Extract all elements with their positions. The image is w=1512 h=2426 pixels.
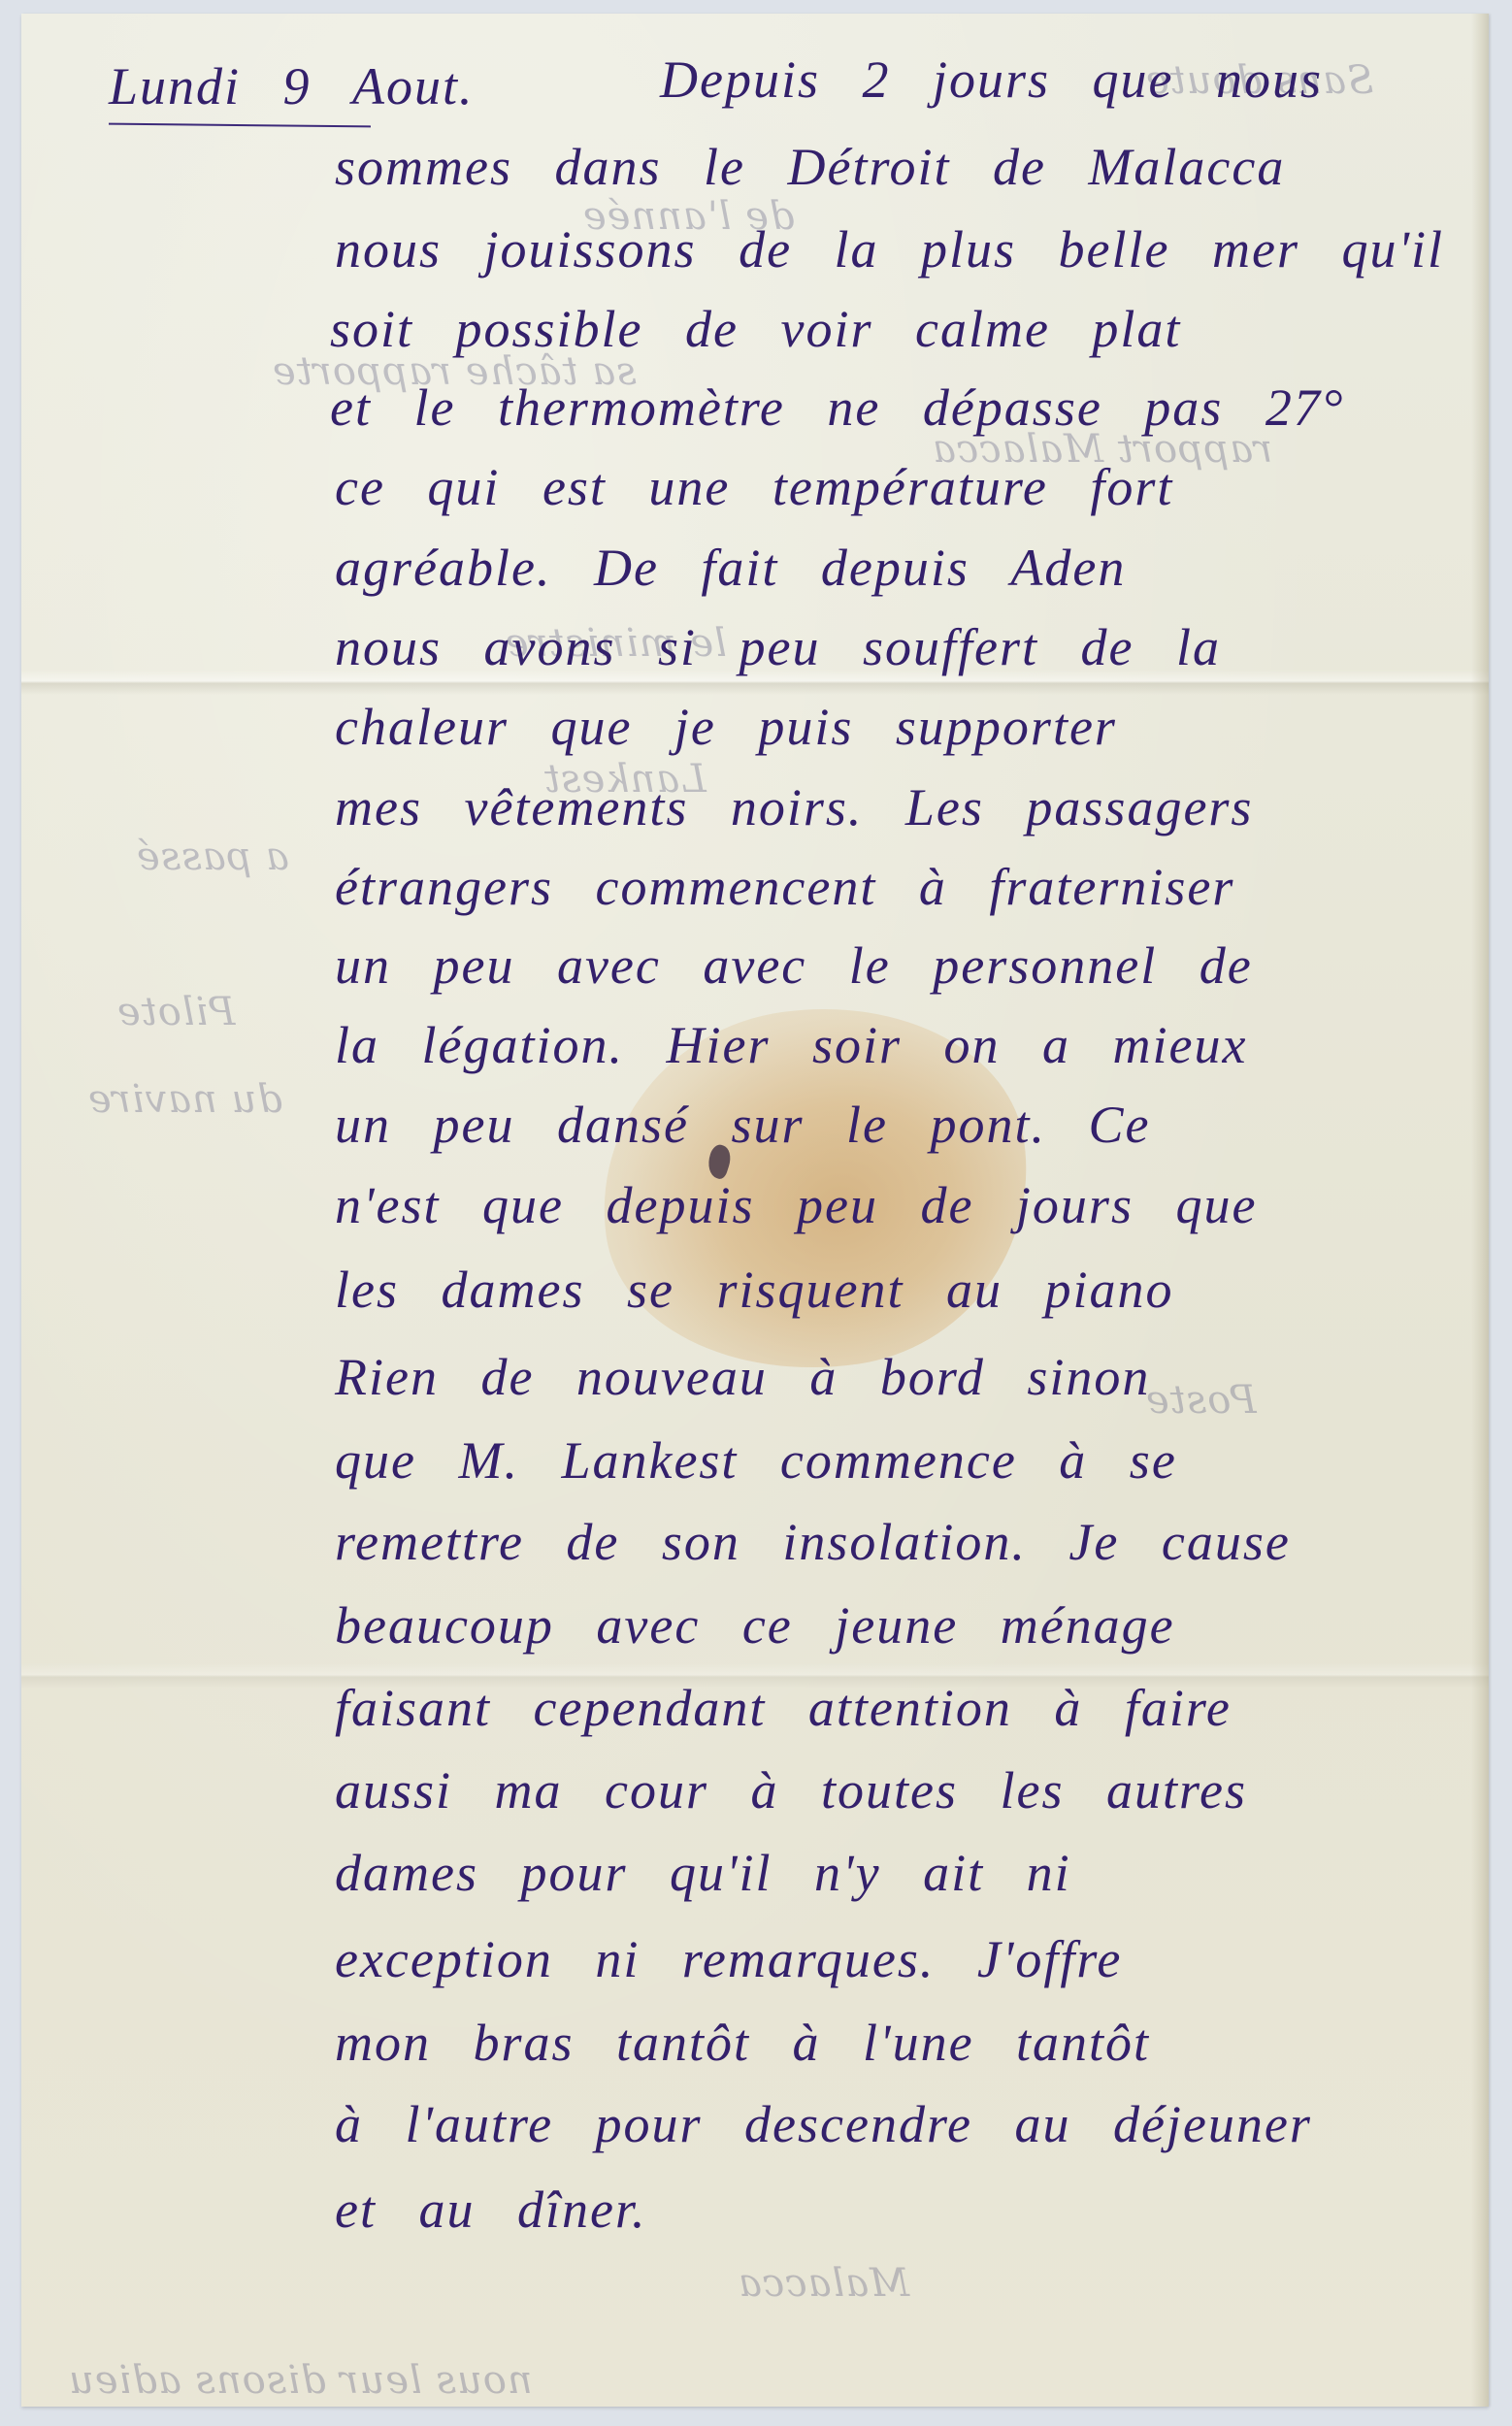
letter-line: mes vêtements noirs. Les passagers bbox=[335, 781, 1253, 834]
letter-line: Depuis 2 jours que nous bbox=[660, 53, 1323, 106]
letter-line: un peu dansé sur le pont. Ce bbox=[335, 1098, 1150, 1151]
letter-line: que M. Lankest commence à se bbox=[335, 1434, 1177, 1487]
letter-line: nous jouissons de la plus belle mer qu'i… bbox=[335, 223, 1444, 276]
letter-line: sommes dans le Détroit de Malacca bbox=[335, 141, 1285, 193]
show-through-text: Malacca bbox=[738, 2261, 909, 2306]
letter-line: chaleur que je puis supporter bbox=[335, 701, 1117, 753]
letter-line: remettre de son insolation. Je cause bbox=[335, 1516, 1291, 1568]
letter-line: à l'autre pour descendre au déjeuner bbox=[335, 2098, 1312, 2150]
letter-line: étrangers commencent à fraterniser bbox=[335, 861, 1234, 913]
letter-line: faisant cependant attention à faire bbox=[335, 1682, 1232, 1734]
letter-line: n'est que depuis peu de jours que bbox=[335, 1179, 1257, 1231]
paper-edge-shadow bbox=[1471, 14, 1489, 2407]
letter-line: agréable. De fait depuis Aden bbox=[335, 541, 1126, 594]
letter-date: Lundi 9 Aout. bbox=[109, 60, 475, 113]
letter-line: les dames se risquent au piano bbox=[335, 1263, 1173, 1316]
show-through-text: du navire bbox=[87, 1077, 282, 1122]
letter-line: exception ni remarques. J'offre bbox=[335, 1933, 1122, 1985]
show-through-text: a passé bbox=[136, 835, 289, 879]
letter-line: dames pour qu'il n'y ait ni bbox=[335, 1847, 1071, 1899]
letter-line: et au dîner. bbox=[335, 2183, 646, 2236]
letter-line: la légation. Hier soir on a mieux bbox=[335, 1019, 1247, 1071]
letter-line: Rien de nouveau à bord sinon bbox=[335, 1351, 1150, 1403]
letter-line: soit possible de voir calme plat bbox=[330, 303, 1181, 355]
show-through-text: nous leur disons adieu bbox=[68, 2358, 533, 2403]
letter-line: ce qui est une température fort bbox=[335, 461, 1173, 513]
letter-line: beaucoup avec ce jeune ménage bbox=[335, 1599, 1175, 1652]
show-through-text: Poste bbox=[1145, 1378, 1257, 1423]
letter-line: mon bras tantôt à l'une tantôt bbox=[335, 2016, 1150, 2069]
letter-line: nous avons si peu souffert de la bbox=[335, 621, 1221, 673]
show-through-text: Pilote bbox=[116, 990, 235, 1034]
letter-line: aussi ma cour à toutes les autres bbox=[335, 1764, 1247, 1817]
letter-line: et le thermomètre ne dépasse pas 27° bbox=[330, 381, 1344, 434]
letter-line: un peu avec avec le personnel de bbox=[335, 939, 1253, 992]
